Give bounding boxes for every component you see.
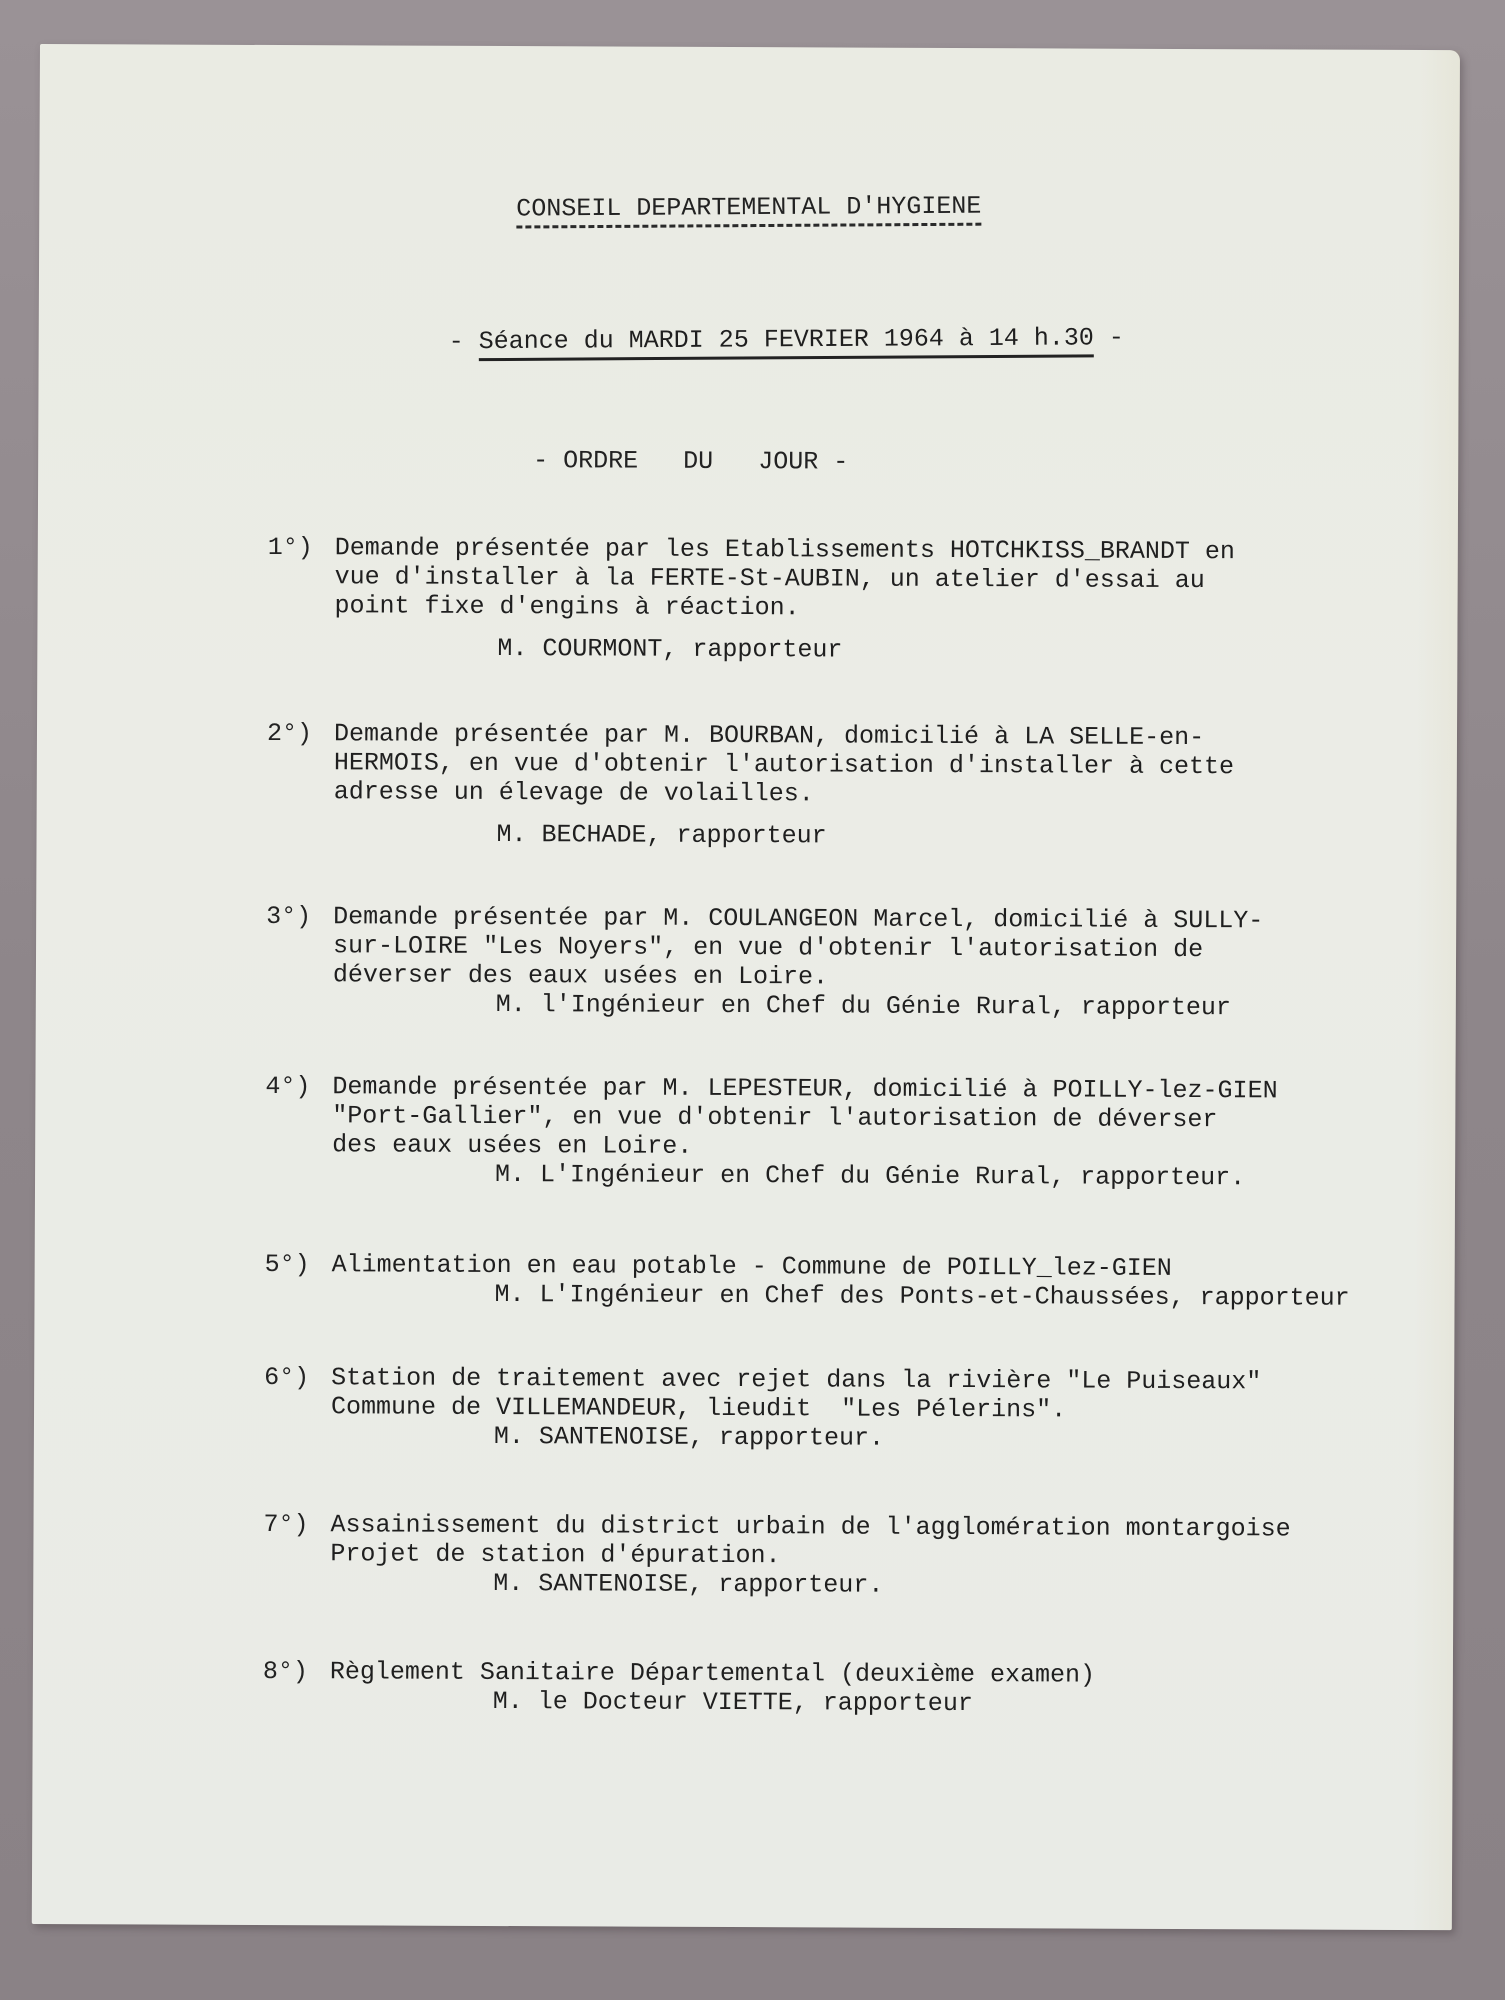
agenda-item-6: 6°) Station de traitement avec rejet dan… (264, 1363, 1464, 1368)
rapporteur: M. le Docteur VIETTE, rapporteur (493, 1687, 1095, 1719)
rapporteur: M. COURMONT, rapporteur (497, 634, 1234, 666)
item-text-line: Demande présentée par les Etablissements… (335, 533, 1235, 566)
item-text-line: HERMOIS, en vue d'obtenir l'autorisation… (334, 748, 1234, 781)
item-text-line: "Port-Gallier", en vue d'obtenir l'autor… (332, 1101, 1277, 1134)
item-text-line: vue d'installer à la FERTE-St-AUBIN, un … (335, 562, 1235, 595)
item-number: 1°) (268, 533, 313, 562)
item-number: 2°) (267, 719, 312, 748)
rapporteur: M. SANTENOISE, rapporteur. (494, 1422, 1261, 1454)
session-dash-left: - (449, 327, 479, 356)
item-text-line: Station de traitement avec rejet dans la… (331, 1363, 1261, 1396)
item-text-line: Demande présentée par M. COULANGEON Marc… (333, 902, 1263, 935)
document-title: CONSEIL DEPARTEMENTAL D'HYGIENE (516, 192, 981, 229)
agenda-item-7: 7°) Assainissement du district urbain de… (264, 1510, 1464, 1515)
item-text-line: sur-LOIRE "Les Noyers", en vue d'obtenir… (333, 931, 1263, 964)
agenda-item-4: 4°) Demande présentée par M. LEPESTEUR, … (266, 1072, 1466, 1077)
item-text-line: Demande présentée par M. BOURBAN, domici… (334, 719, 1234, 752)
item-text-line: adresse un élevage de volailles. (334, 777, 1234, 810)
session-line: - Séance du MARDI 25 FEVRIER 1964 à 14 h… (449, 323, 1124, 356)
item-text-line: Commune de VILLEMANDEUR, lieudit "Les Pé… (331, 1392, 1261, 1425)
agenda-item-2: 2°) Demande présentée par M. BOURBAN, do… (267, 719, 1467, 724)
item-number: 4°) (265, 1072, 310, 1101)
item-text-line: Assainissement du district urbain de l'a… (330, 1510, 1290, 1543)
item-text-line: Alimentation en eau potable - Commune de… (332, 1250, 1350, 1283)
item-text-line: Projet de station d'épuration. (330, 1539, 1290, 1572)
typewritten-page: CONSEIL DEPARTEMENTAL D'HYGIENE - Séance… (32, 44, 1460, 1930)
agenda-item-3: 3°) Demande présentée par M. COULANGEON … (266, 902, 1466, 907)
agenda-item-5: 5°) Alimentation en eau potable - Commun… (265, 1250, 1465, 1255)
item-text-line: des eaux usées en Loire. (332, 1130, 1277, 1163)
rapporteur: M. L'Ingénieur en Chef des Ponts-et-Chau… (494, 1280, 1349, 1313)
item-text-line: déverser des eaux usées en Loire. (333, 960, 1263, 993)
rapporteur: M. BECHADE, rapporteur (496, 820, 1233, 852)
rapporteur: M. SANTENOISE, rapporteur. (493, 1569, 1290, 1601)
session-date: Séance du MARDI 25 FEVRIER 1964 à 14 h.3… (479, 323, 1094, 361)
item-text-line: point fixe d'engins à réaction. (334, 591, 1234, 624)
item-number: 8°) (263, 1657, 308, 1686)
item-number: 7°) (263, 1510, 308, 1539)
item-text-line: Règlement Sanitaire Départemental (deuxi… (330, 1657, 1095, 1689)
item-number: 6°) (264, 1363, 309, 1392)
agenda-heading: - ORDRE DU JOUR - (533, 446, 848, 476)
agenda-item-8: 8°) Règlement Sanitaire Départemental (d… (263, 1657, 1463, 1662)
item-number: 3°) (266, 902, 311, 931)
item-text-line: Demande présentée par M. LEPESTEUR, domi… (332, 1072, 1277, 1105)
session-dash-right: - (1094, 323, 1124, 352)
agenda-item-1: 1°) Demande présentée par les Etablissem… (268, 533, 1468, 538)
item-number: 5°) (265, 1250, 310, 1279)
rapporteur: M. l'Ingénieur en Chef du Génie Rural, r… (496, 990, 1263, 1022)
rapporteur: M. L'Ingénieur en Chef du Génie Rural, r… (495, 1160, 1277, 1192)
